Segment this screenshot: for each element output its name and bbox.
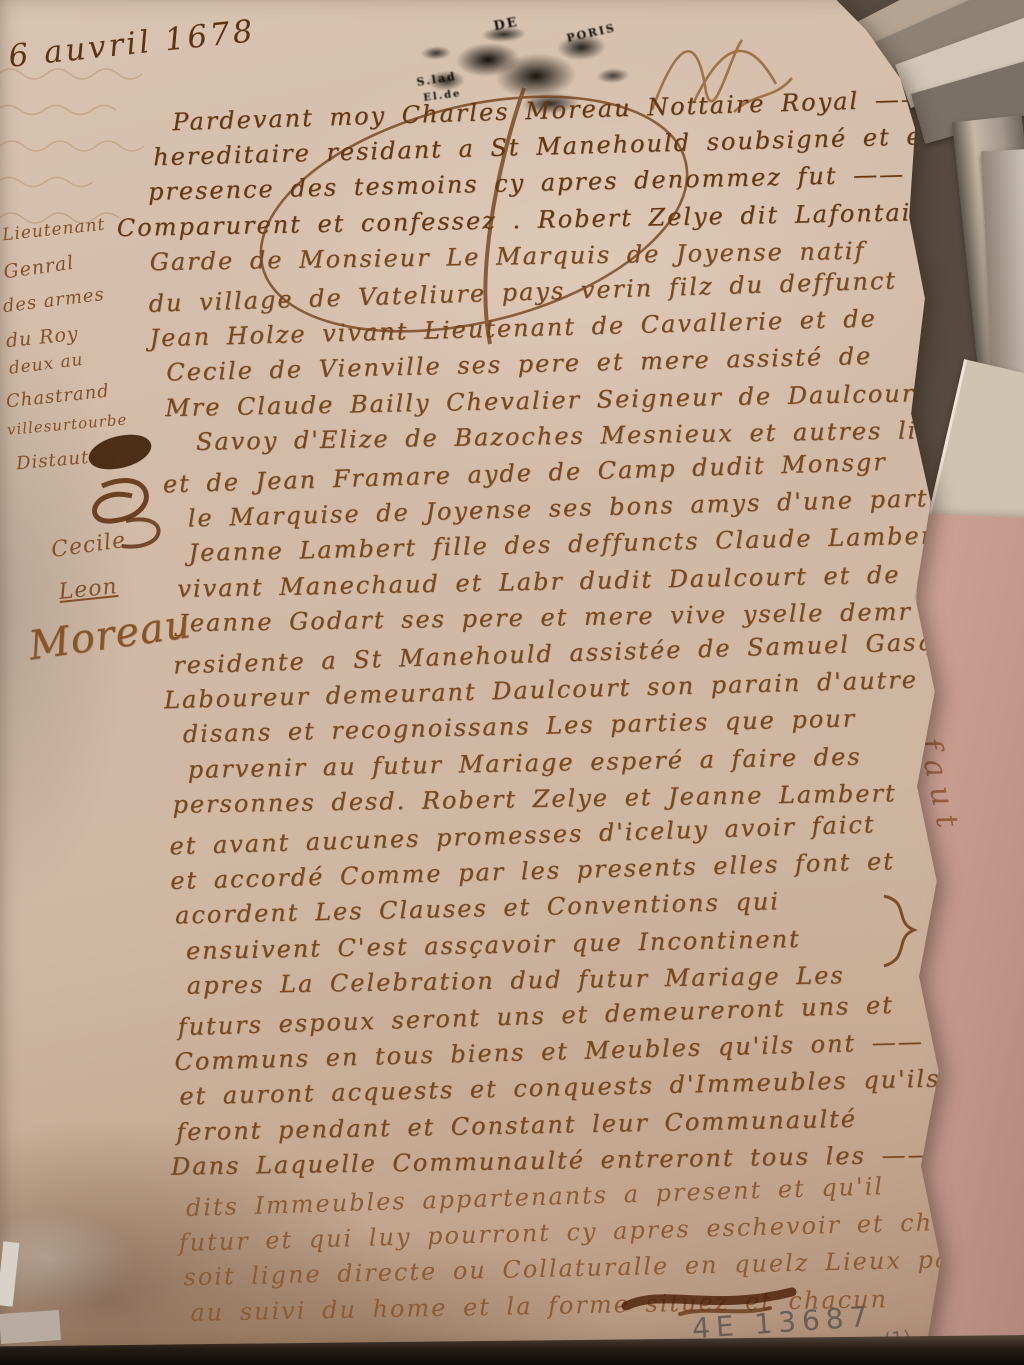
manuscript-line: apres La Celebration dud futur Mariage L… — [187, 961, 845, 999]
manuscript-page: 6 auvril 1678 DEPORISS.ladEl.de Pardevan… — [0, 0, 974, 1356]
manuscript-line: parvenir au futur Mariage esperé a faire… — [187, 742, 861, 783]
photo-scene: { "photo": { "archive_reference": { "cod… — [0, 0, 1024, 1365]
stamp-text-fragment: DE — [492, 15, 520, 35]
margin-note: Moreau — [26, 601, 194, 669]
manuscript-line: feront pendant et Constant leur Communau… — [176, 1104, 857, 1145]
ink-blot — [80, 424, 200, 564]
margin-note: Genral — [2, 252, 76, 284]
manuscript-line: disans et recognoissans Les parties que … — [182, 705, 856, 749]
margin-note: Chastrand — [5, 381, 111, 413]
manuscript-line: ensuivent C'est assçavoir que Incontinen… — [186, 925, 801, 965]
bracket-flourish — [874, 892, 922, 972]
manuscript-line: Mre Claude Bailly Chevalier Seigneur de … — [165, 379, 927, 422]
margin-note: deux au — [8, 350, 85, 379]
margin-note: Leon — [57, 574, 118, 605]
margin-note: du Roy — [5, 323, 80, 353]
margin-note: Distaut — [15, 447, 90, 474]
margin-note: des armes — [2, 284, 106, 317]
torn-paper-fragment — [0, 1310, 61, 1344]
stamp-text-fragment: PORIS — [565, 21, 617, 45]
manuscript-page-wrap: 6 auvril 1678 DEPORISS.ladEl.de Pardevan… — [0, 0, 1000, 1360]
manuscript-line: acordent Les Clauses et Conventions qui — [175, 888, 780, 930]
manuscript-line: vivant Manechaud et Labr dudit Daulcourt… — [177, 560, 901, 602]
